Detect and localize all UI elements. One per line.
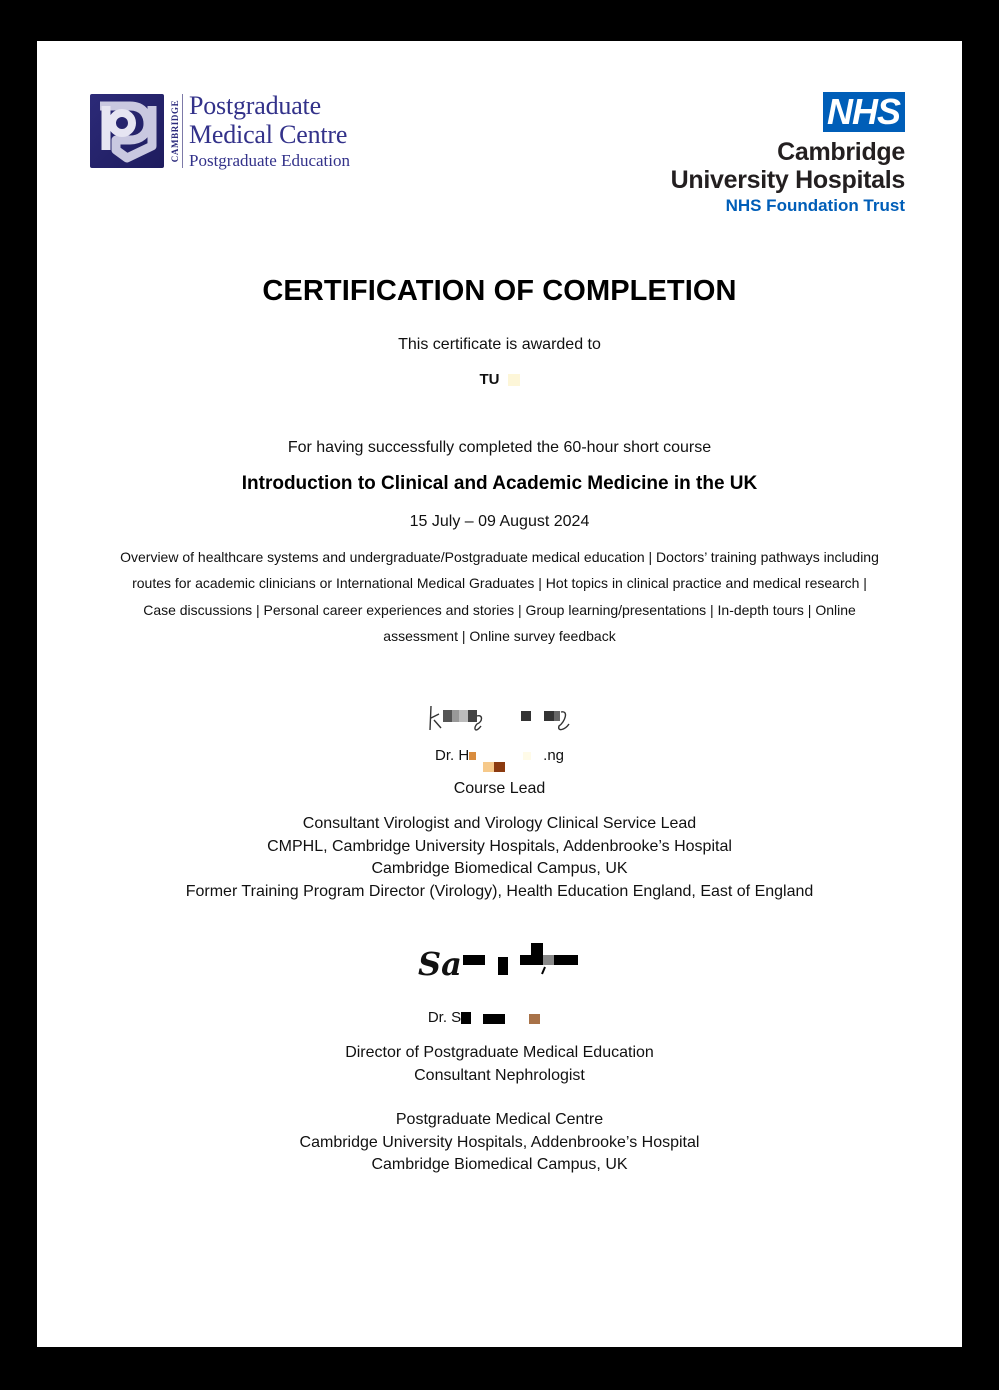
completion-text: For having successfully completed the 60… (37, 439, 962, 457)
nhs-badge: NHS (823, 92, 905, 132)
signatory-2-institution: Postgraduate Medical Centre Cambridge Un… (37, 1109, 962, 1177)
signature-2: Sa (37, 939, 962, 985)
awarded-text: This certificate is awarded to (37, 336, 962, 354)
pgmc-line1: Postgraduate (189, 93, 350, 119)
redaction-block (508, 374, 520, 386)
signatory-2-name: Dr. S (37, 1009, 962, 1026)
signatory-1-role: Course Lead (37, 780, 962, 798)
course-topics: Overview of healthcare systems and under… (117, 544, 882, 649)
signature-1 (37, 700, 962, 734)
pgmc-vertical-label: CAMBRIDGE (168, 94, 183, 168)
nhs-line3: NHS Foundation Trust (671, 196, 905, 216)
pg-monogram-icon (90, 94, 164, 168)
certificate-page: CAMBRIDGE Postgraduate Medical Centre Po… (37, 41, 962, 1347)
recipient-visible: TU (480, 371, 500, 388)
nhs-logo: NHS Cambridge University Hospitals NHS F… (671, 92, 905, 216)
pgmc-line3: Postgraduate Education (189, 152, 350, 169)
signatory-1-details: Consultant Virologist and Virology Clini… (37, 813, 962, 904)
pgmc-logo: CAMBRIDGE Postgraduate Medical Centre Po… (90, 93, 350, 169)
nhs-line1: Cambridge (671, 138, 905, 166)
signatory-1-name: Dr. H .ng (37, 747, 962, 764)
nhs-line2: University Hospitals (671, 166, 905, 194)
pgmc-line2: Medical Centre (189, 122, 350, 148)
course-title: Introduction to Clinical and Academic Me… (37, 473, 962, 495)
signatory-2-titles: Director of Postgraduate Medical Educati… (37, 1042, 962, 1087)
recipient-name: TU (37, 371, 962, 388)
certificate-title: CERTIFICATION OF COMPLETION (37, 275, 962, 308)
course-dates: 15 July – 09 August 2024 (37, 513, 962, 531)
